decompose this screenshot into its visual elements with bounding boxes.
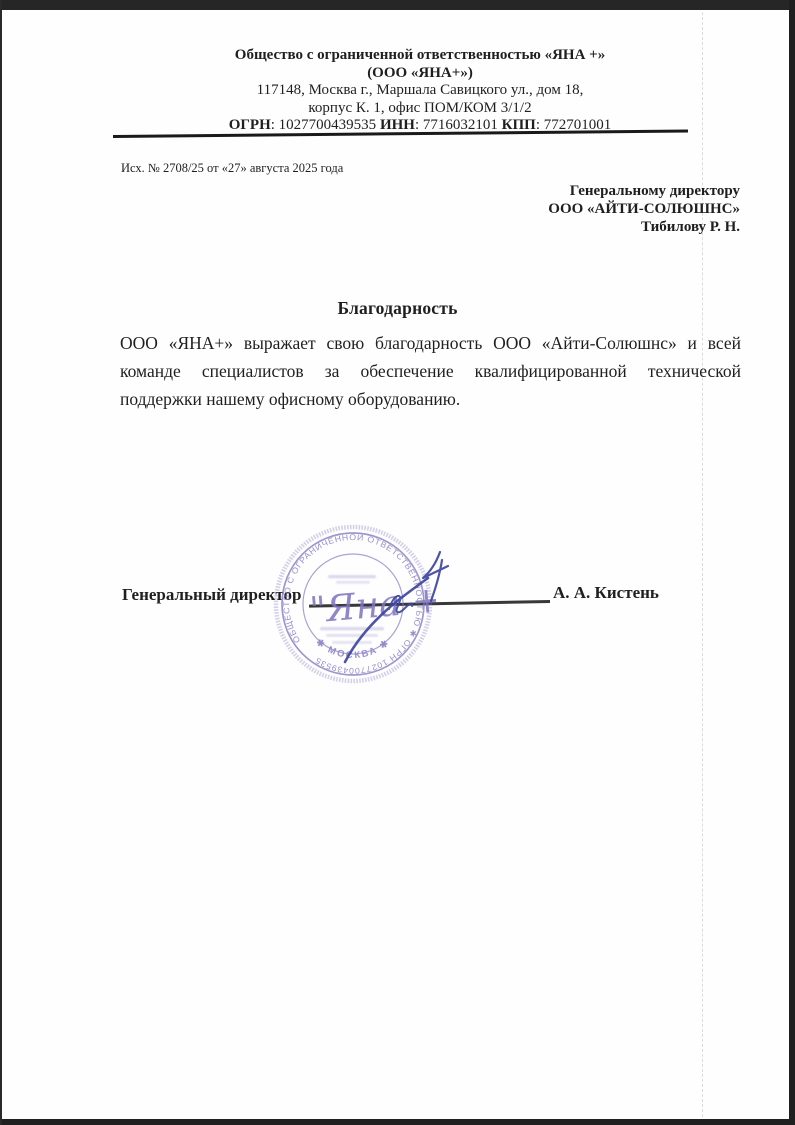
scanned-letter-page: Общество с ограниченной ответственностью… [0, 0, 795, 1125]
company-address-line1: 117148, Москва г., Маршала Савицкого ул.… [130, 82, 710, 100]
letter-title: Благодарность [0, 298, 795, 319]
signature-main-stroke [345, 578, 428, 662]
outgoing-reference: Исх. № 2708/25 от «27» августа 2025 года [121, 161, 343, 176]
scan-border-bottom [0, 1119, 795, 1125]
company-name: Общество с ограниченной ответственностью… [130, 47, 710, 65]
addressee-position: Генеральному директору [548, 183, 740, 201]
addressee-company: ООО «АЙТИ-СОЛЮШНС» [548, 201, 740, 219]
signature-flourish [423, 552, 448, 601]
company-address-line2: корпус К. 1, офис ПОМ/КОМ 3/1/2 [130, 100, 710, 118]
company-short-name: (ООО «ЯНА+») [130, 65, 710, 83]
signer-name: А. А. Кистень [553, 583, 659, 603]
addressee-person: Тибилову Р. Н. [548, 219, 740, 237]
scan-border-right [789, 0, 795, 1125]
ogrn-label: ОГРН [229, 117, 271, 133]
handwritten-signature [293, 513, 468, 688]
scan-border-top [0, 0, 795, 10]
ogrn-value: : 1027700439535 [271, 117, 380, 133]
letterhead: Общество с ограниченной ответственностью… [130, 47, 710, 135]
inn-label: ИНН [380, 117, 415, 133]
scan-border-left [0, 0, 2, 1125]
addressee-block: Генеральному директору ООО «АЙТИ-СОЛЮШНС… [548, 183, 740, 236]
scan-artifact-streak [702, 12, 703, 1117]
letter-body: ООО «ЯНА+» выражает свою благодарность О… [120, 329, 741, 413]
